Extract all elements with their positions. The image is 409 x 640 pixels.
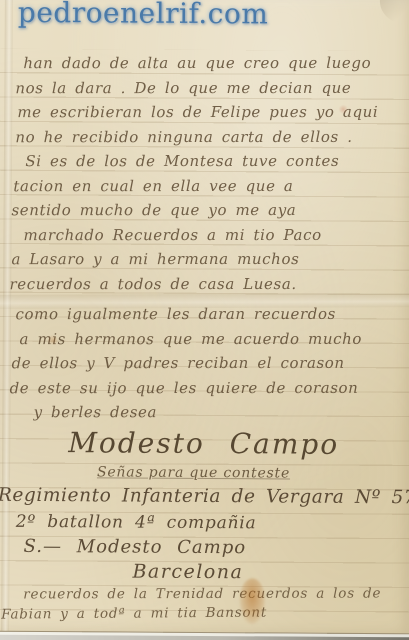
postscript-line: Fabian y a todª a mi tia Bansont [1,605,267,623]
letter-line: han dado de alta au que creo que luego [23,51,408,76]
letter-line: de este su ijo que les quiere de corason [10,375,409,400]
letter-line: a mis hermanos que me acuerdo mucho [20,326,409,351]
address-line-battalion: 2º batallon 4ª compañia [16,512,257,533]
signature-name: Modesto Campo [0,426,409,462]
letter-photo: pedroenelrif.com han dado de alta au que… [0,0,409,640]
address-line-name: S.— Modesto Campo [24,536,247,558]
watermark-text: pedroenelrif.com [18,0,269,30]
letter-body: han dado de alta au que creo que luego n… [7,51,408,425]
age-spot [338,105,348,114]
rust-stain [239,578,265,624]
paper-sheet: pedroenelrif.com han dado de alta au que… [0,0,409,634]
letter-line: y berles desea [34,400,409,425]
address-heading: Señas para que conteste [0,464,393,482]
letter-line: tacion en cual en ella vee que a [13,173,408,198]
letter-line: nos la dara . De lo que me decian que [15,75,408,100]
letter-line: no he recibido ninguna carta de ellos . [15,124,408,149]
letter-line: recuerdos a todos de casa Luesa. [9,271,408,296]
postscript-line: recuerdos de la Trenidad recuerdos a los… [23,586,381,603]
letter-line: sentido mucho de que yo me aya [11,198,408,223]
letter-line: Si es de los de Montesa tuve contes [25,149,408,174]
letter-line: como igualmente les daran recuerdos [16,302,409,327]
letter-line: a Lasaro y a mi hermana muchos [11,247,408,272]
age-spot [47,335,59,345]
address-line-city: Barcelona [0,560,382,584]
letter-line: me escribieran los de Felipe pues yo aqu… [17,100,408,125]
corner-curl [380,0,409,25]
address-line-regiment: Regimiento Infanteria de Vergara Nº 57 [0,485,409,509]
letter-line: marchado Recuerdos a mi tio Paco [23,222,408,247]
letter-line: de ellos y V padres reciban el corason [12,351,409,376]
